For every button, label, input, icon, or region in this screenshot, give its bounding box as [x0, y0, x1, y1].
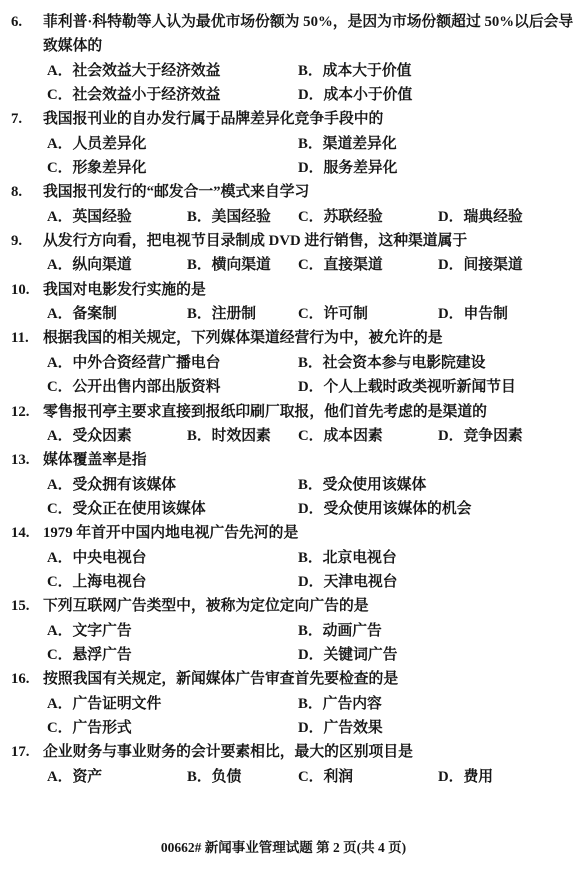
options-row: C．社会效益小于经济效益 D．成本小于价值 [0, 83, 587, 107]
options-row: A．文字广告 B．动画广告 [0, 619, 587, 643]
question-text: 按照我国有关规定，新闻媒体广告审查首先要检查的是 [43, 667, 398, 691]
question: 16. 按照我国有关规定，新闻媒体广告审查首先要检查的是 A．广告证明文件 B．… [0, 667, 587, 740]
question-number: 13. [11, 448, 30, 472]
question-stem-line: 17. 企业财务与事业财务的会计要素相比，最大的区别项目是 [0, 740, 587, 764]
question-stem-line: 15. 下列互联网广告类型中，被称为定位定向广告的是 [0, 594, 587, 618]
option-c: C．直接渠道 [298, 253, 383, 277]
question: 15. 下列互联网广告类型中，被称为定位定向广告的是 A．文字广告 B．动画广告… [0, 594, 587, 667]
question-text: 根据我国的相关规定，下列媒体渠道经营行为中，被允许的是 [43, 326, 443, 350]
option-b: B．横向渠道 [187, 253, 271, 277]
options-row: C．广告形式 D．广告效果 [0, 716, 587, 740]
options-row: A．备案制 B．注册制 C．许可制 D．申告制 [0, 302, 587, 326]
option-d: D．费用 [438, 765, 493, 789]
question: 8. 我国报刊发行的“邮发合一”模式来自学习 A．英国经验 B．美国经验 C．苏… [0, 180, 587, 229]
options-row: A．英国经验 B．美国经验 C．苏联经验 D．瑞典经验 [0, 205, 587, 229]
question-text: 我国报刊发行的“邮发合一”模式来自学习 [43, 180, 309, 204]
option-d: D．成本小于价值 [298, 83, 412, 107]
options-row: A．纵向渠道 B．横向渠道 C．直接渠道 D．间接渠道 [0, 253, 587, 277]
question: 9. 从发行方向看，把电视节目录制成 DVD 进行销售，这种渠道属于 A．纵向渠… [0, 229, 587, 278]
option-a: A．备案制 [47, 302, 117, 326]
option-a: A．社会效益大于经济效益 [47, 59, 220, 83]
option-a: A．资产 [47, 765, 102, 789]
page-footer: 00662# 新闻事业管理试题 第 2 页(共 4 页) [0, 836, 577, 856]
question-number: 16. [11, 667, 30, 691]
question-text: 企业财务与事业财务的会计要素相比，最大的区别项目是 [43, 740, 413, 764]
options-row: C．形象差异化 D．服务差异化 [0, 156, 587, 180]
question-stem-line: 8. 我国报刊发行的“邮发合一”模式来自学习 [0, 180, 587, 204]
option-a: A．中外合资经营广播电台 [47, 351, 220, 375]
option-b: B．美国经验 [187, 205, 271, 229]
question-number: 15. [11, 594, 30, 618]
option-c: C．许可制 [298, 302, 368, 326]
question: 17. 企业财务与事业财务的会计要素相比，最大的区别项目是 A．资产 B．负债 … [0, 740, 587, 789]
option-b: B．受众使用该媒体 [298, 473, 426, 497]
question-text: 下列互联网广告类型中，被称为定位定向广告的是 [43, 594, 369, 618]
option-a: A．中央电视台 [47, 546, 146, 570]
option-b: B．注册制 [187, 302, 256, 326]
question-stem-line: 11. 根据我国的相关规定，下列媒体渠道经营行为中，被允许的是 [0, 326, 587, 350]
option-c: C．苏联经验 [298, 205, 383, 229]
options-row: C．受众正在使用该媒体 D．受众使用该媒体的机会 [0, 497, 587, 521]
question: 14. 1979 年首开中国内地电视广告先河的是 A．中央电视台 B．北京电视台… [0, 521, 587, 594]
question-number: 6. [11, 10, 22, 34]
question-text: 零售报刊亭主要求直接到报纸印刷厂取报，他们首先考虑的是渠道的 [43, 400, 487, 424]
option-a: A．受众拥有该媒体 [47, 473, 176, 497]
option-b: B．社会资本参与电影院建设 [298, 351, 485, 375]
options-row: A．广告证明文件 B．广告内容 [0, 692, 587, 716]
question-number: 11. [11, 326, 29, 350]
question: 6. 菲利普·科特勒等人认为最优市场份额为 50%，是因为市场份额超过 50%以… [0, 10, 587, 107]
option-d: D．广告效果 [298, 716, 383, 740]
options-row: A．中外合资经营广播电台 B．社会资本参与电影院建设 [0, 351, 587, 375]
question-stem-line: 12. 零售报刊亭主要求直接到报纸印刷厂取报，他们首先考虑的是渠道的 [0, 400, 587, 424]
options-row: A．受众拥有该媒体 B．受众使用该媒体 [0, 473, 587, 497]
question-number: 8. [11, 180, 22, 204]
question-text: 1979 年首开中国内地电视广告先河的是 [43, 521, 298, 545]
question: 7. 我国报刊业的自办发行属于品牌差异化竞争手段中的 A．人员差异化 B．渠道差… [0, 107, 587, 180]
question-number: 9. [11, 229, 22, 253]
option-d: D．天津电视台 [298, 570, 397, 594]
option-b: B．北京电视台 [298, 546, 397, 570]
question-stem-line: 14. 1979 年首开中国内地电视广告先河的是 [0, 521, 587, 545]
question-text: 菲利普·科特勒等人认为最优市场份额为 50%，是因为市场份额超过 50%以后会导 [43, 10, 573, 34]
option-c: C．利润 [298, 765, 353, 789]
question-number: 14. [11, 521, 30, 545]
question: 10. 我国对电影发行实施的是 A．备案制 B．注册制 C．许可制 D．申告制 [0, 278, 587, 327]
question: 13. 媒体覆盖率是指 A．受众拥有该媒体 B．受众使用该媒体 C．受众正在使用… [0, 448, 587, 521]
question-text: 我国对电影发行实施的是 [43, 278, 206, 302]
option-b: B．成本大于价值 [298, 59, 411, 83]
option-c: C．成本因素 [298, 424, 383, 448]
question-number: 7. [11, 107, 22, 131]
options-row: A．社会效益大于经济效益 B．成本大于价值 [0, 59, 587, 83]
question-stem-line: 13. 媒体覆盖率是指 [0, 448, 587, 472]
options-row: C．悬浮广告 D．关键词广告 [0, 643, 587, 667]
question: 11. 根据我国的相关规定，下列媒体渠道经营行为中，被允许的是 A．中外合资经营… [0, 326, 587, 399]
option-a: A．广告证明文件 [47, 692, 161, 716]
question-stem-continuation: 致媒体的 [0, 34, 587, 58]
question-text: 媒体覆盖率是指 [43, 448, 147, 472]
option-c: C．形象差异化 [47, 156, 146, 180]
option-b: B．时效因素 [187, 424, 271, 448]
option-d: D．申告制 [438, 302, 508, 326]
option-b: B．负债 [187, 765, 241, 789]
option-c: C．公开出售内部出版资料 [47, 375, 220, 399]
options-row: A．资产 B．负债 C．利润 D．费用 [0, 765, 587, 789]
option-d: D．服务差异化 [298, 156, 397, 180]
option-d: D．竞争因素 [438, 424, 523, 448]
question-number: 17. [11, 740, 30, 764]
option-d: D．间接渠道 [438, 253, 523, 277]
options-row: A．人员差异化 B．渠道差异化 [0, 132, 587, 156]
options-row: C．公开出售内部出版资料 D．个人上载时政类视听新闻节目 [0, 375, 587, 399]
question-text: 致媒体的 [43, 34, 102, 58]
option-a: A．纵向渠道 [47, 253, 132, 277]
option-d: D．个人上载时政类视听新闻节目 [298, 375, 516, 399]
exam-page: 6. 菲利普·科特勒等人认为最优市场份额为 50%，是因为市场份额超过 50%以… [0, 10, 587, 789]
option-a: A．英国经验 [47, 205, 132, 229]
question-stem-line: 16. 按照我国有关规定，新闻媒体广告审查首先要检查的是 [0, 667, 587, 691]
option-b: B．动画广告 [298, 619, 382, 643]
question-number: 10. [11, 278, 30, 302]
option-c: C．受众正在使用该媒体 [47, 497, 206, 521]
option-a: A．人员差异化 [47, 132, 146, 156]
options-row: C．上海电视台 D．天津电视台 [0, 570, 587, 594]
option-c: C．上海电视台 [47, 570, 146, 594]
option-b: B．广告内容 [298, 692, 382, 716]
option-a: A．文字广告 [47, 619, 132, 643]
options-row: A．中央电视台 B．北京电视台 [0, 546, 587, 570]
question-text: 我国报刊业的自办发行属于品牌差异化竞争手段中的 [43, 107, 383, 131]
option-c: C．社会效益小于经济效益 [47, 83, 220, 107]
question-stem-line: 10. 我国对电影发行实施的是 [0, 278, 587, 302]
options-row: A．受众因素 B．时效因素 C．成本因素 D．竞争因素 [0, 424, 587, 448]
question-text: 从发行方向看，把电视节目录制成 DVD 进行销售，这种渠道属于 [43, 229, 467, 253]
option-c: C．广告形式 [47, 716, 132, 740]
option-d: D．受众使用该媒体的机会 [298, 497, 471, 521]
option-c: C．悬浮广告 [47, 643, 132, 667]
option-d: D．瑞典经验 [438, 205, 523, 229]
question-number: 12. [11, 400, 30, 424]
option-d: D．关键词广告 [298, 643, 397, 667]
question-stem-line: 6. 菲利普·科特勒等人认为最优市场份额为 50%，是因为市场份额超过 50%以… [0, 10, 587, 34]
question-stem-line: 9. 从发行方向看，把电视节目录制成 DVD 进行销售，这种渠道属于 [0, 229, 587, 253]
option-a: A．受众因素 [47, 424, 132, 448]
question-stem-line: 7. 我国报刊业的自办发行属于品牌差异化竞争手段中的 [0, 107, 587, 131]
question: 12. 零售报刊亭主要求直接到报纸印刷厂取报，他们首先考虑的是渠道的 A．受众因… [0, 400, 587, 449]
option-b: B．渠道差异化 [298, 132, 397, 156]
